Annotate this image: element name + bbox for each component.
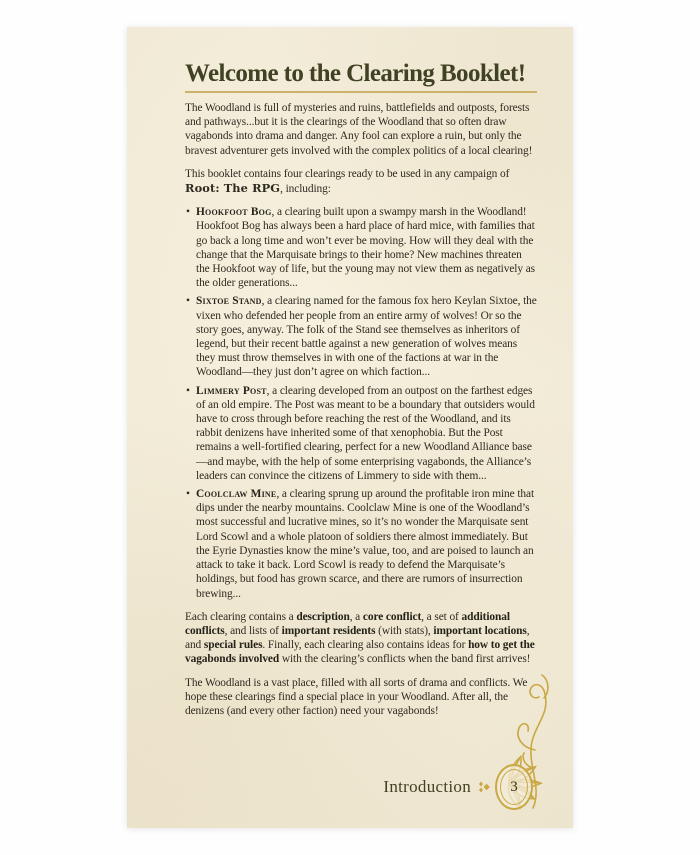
clearing-description: , a clearing built upon a swampy marsh i… xyxy=(196,206,535,289)
summary-keyword: core conflict xyxy=(363,611,421,623)
bullet-icon: • xyxy=(186,205,190,219)
summary-keyword: important locations xyxy=(433,625,526,637)
list-item-limmery-post: •Limmery Post, a clearing developed from… xyxy=(185,384,537,483)
contents-text-pre: This booklet contains four clearings rea… xyxy=(185,168,509,180)
summary-text: (with stats), xyxy=(375,625,433,637)
bullet-icon: • xyxy=(186,384,190,398)
title-underline xyxy=(185,91,537,93)
clearing-name: Limmery Post xyxy=(196,385,267,397)
page-number-badge: 3 xyxy=(495,764,533,810)
section-label: Introduction xyxy=(383,777,471,797)
list-item-coolclaw-mine: •Coolclaw Mine, a clearing sprung up aro… xyxy=(185,487,537,601)
summary-keyword: special rules xyxy=(204,639,263,651)
clearing-list: •Hookfoot Bog, a clearing built upon a s… xyxy=(185,205,537,600)
contents-paragraph: This booklet contains four clearings rea… xyxy=(185,167,537,196)
page-number: 3 xyxy=(510,779,518,796)
summary-text: , and lists of xyxy=(225,625,282,637)
summary-text: . Finally, each clearing also contains i… xyxy=(262,639,468,651)
clearing-description: , a clearing named for the famous fox he… xyxy=(196,295,537,378)
summary-text: , a set of xyxy=(421,611,461,623)
diamond-ornament-icon xyxy=(478,779,491,795)
bullet-icon: • xyxy=(186,487,190,501)
clearing-name: Coolclaw Mine xyxy=(196,488,276,500)
contents-text-post: , including: xyxy=(280,183,331,195)
clearing-description: , a clearing sprung up around the profit… xyxy=(196,488,534,599)
summary-keyword: important residents xyxy=(282,625,376,637)
clearing-name: Hookfoot Bog xyxy=(196,206,272,218)
summary-paragraph: Each clearing contains a description, a … xyxy=(185,610,537,667)
intro-paragraph: The Woodland is full of mysteries and ru… xyxy=(185,101,537,158)
page-content: Welcome to the Clearing Booklet! The Woo… xyxy=(185,60,537,727)
list-item-sixtoe-stand: •Sixtoe Stand, a clearing named for the … xyxy=(185,294,537,379)
summary-text: Each clearing contains a xyxy=(185,611,296,623)
page-footer: Introduction 3 xyxy=(383,764,533,810)
page-title: Welcome to the Clearing Booklet! xyxy=(185,60,537,88)
bullet-icon: • xyxy=(186,294,190,308)
list-item-hookfoot-bog: •Hookfoot Bog, a clearing built upon a s… xyxy=(185,205,537,290)
game-title: Root: The RPG xyxy=(185,181,280,195)
screenshot-background: Welcome to the Clearing Booklet! The Woo… xyxy=(0,0,700,855)
summary-keyword: description xyxy=(296,611,349,623)
summary-text: , a xyxy=(350,611,363,623)
booklet-page: Welcome to the Clearing Booklet! The Woo… xyxy=(127,27,573,828)
page-number-inner-ring: 3 xyxy=(500,769,528,805)
clearing-name: Sixtoe Stand xyxy=(196,295,262,307)
clearing-description: , a clearing developed from an outpost o… xyxy=(196,385,535,482)
